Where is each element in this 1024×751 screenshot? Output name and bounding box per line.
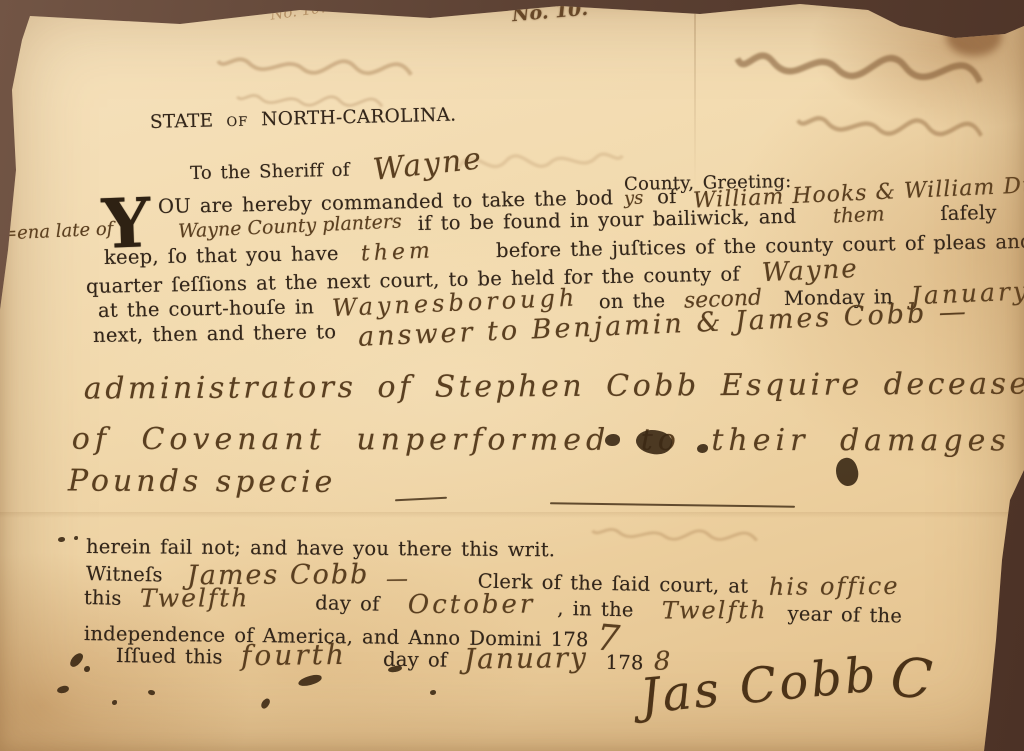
handwritten-plea: of Covenant unperformed to their damages…	[72, 422, 1024, 459]
ink-speck	[74, 536, 78, 540]
docket-number-right: No. 10.	[511, 0, 589, 26]
ink-speck	[260, 697, 272, 710]
printed-text: this	[84, 586, 122, 610]
plea-line-3: Pounds specie	[67, 460, 336, 503]
corner-stain	[946, 16, 1002, 56]
plea-line-2: of Covenant unperformed to their damages…	[72, 408, 1024, 472]
handwritten-issued-month: January	[463, 641, 587, 676]
printed-text: ſafely	[940, 201, 997, 225]
ink-speck	[58, 537, 65, 542]
printed-text: year of the	[787, 602, 902, 628]
docket-number-left: No. 10.	[269, 0, 326, 24]
ink-speck	[297, 673, 322, 688]
ink-speck	[147, 689, 155, 696]
ink-speck	[56, 685, 69, 694]
pen-stroke	[395, 497, 447, 502]
handwritten-them: them	[360, 238, 434, 266]
title-of: of	[226, 115, 248, 131]
signature-flourish: C	[889, 646, 935, 712]
printed-text: Iſſued this	[116, 644, 223, 668]
printed-text: next, then and there to	[93, 320, 337, 347]
ink-speck	[68, 651, 85, 669]
ink-blot	[697, 444, 708, 453]
title-line: STATE of NORTH-CAROLINA.	[150, 105, 457, 133]
to-sheriff-label: To the Sheriff of	[190, 160, 350, 184]
bleed-through-script	[590, 514, 760, 556]
paper-crease	[694, 0, 696, 190]
spacer	[120, 235, 172, 236]
plea-line-1: administrators of Stephen Cobb Esquire d…	[84, 356, 1024, 416]
paper-sheet: No. 10. No. 10. STATE of NORTH-CAROLINA.…	[0, 0, 1024, 751]
handwritten-residence: Wayne County planters	[177, 210, 402, 242]
handwritten-them: them	[832, 201, 885, 227]
title-state: STATE	[150, 110, 214, 133]
paper-fold	[0, 512, 1024, 518]
handwritten-plea: Pounds specie	[68, 464, 337, 500]
printed-text: if to be found in your bailiwick, and	[418, 205, 797, 235]
handwritten-margin-note: =ena late of	[2, 218, 114, 244]
printed-text: of	[657, 185, 677, 208]
handwritten-plea: administrators of Stephen Cobb Esquire d…	[84, 365, 1024, 406]
salutation-line: To the Sheriff of Wayne	[190, 146, 484, 187]
ink-speck	[84, 666, 90, 672]
ink-speck	[430, 690, 436, 695]
signature: Jas Cobb C	[638, 640, 935, 723]
bleed-through-script	[795, 94, 985, 160]
pen-stroke	[550, 502, 795, 507]
ink-blot	[605, 434, 620, 446]
handwritten-year-ordinal: Twelfth	[662, 596, 768, 624]
county-name-handwritten: Wayne	[372, 141, 485, 188]
handwritten-issued-day: fourth	[241, 638, 347, 672]
title-rest: NORTH-CAROLINA.	[261, 105, 457, 131]
ink-speck	[112, 700, 117, 705]
signature-name: Jas Cobb	[638, 646, 881, 725]
document-photo: No. 10. No. 10. STATE of NORTH-CAROLINA.…	[0, 0, 1024, 751]
